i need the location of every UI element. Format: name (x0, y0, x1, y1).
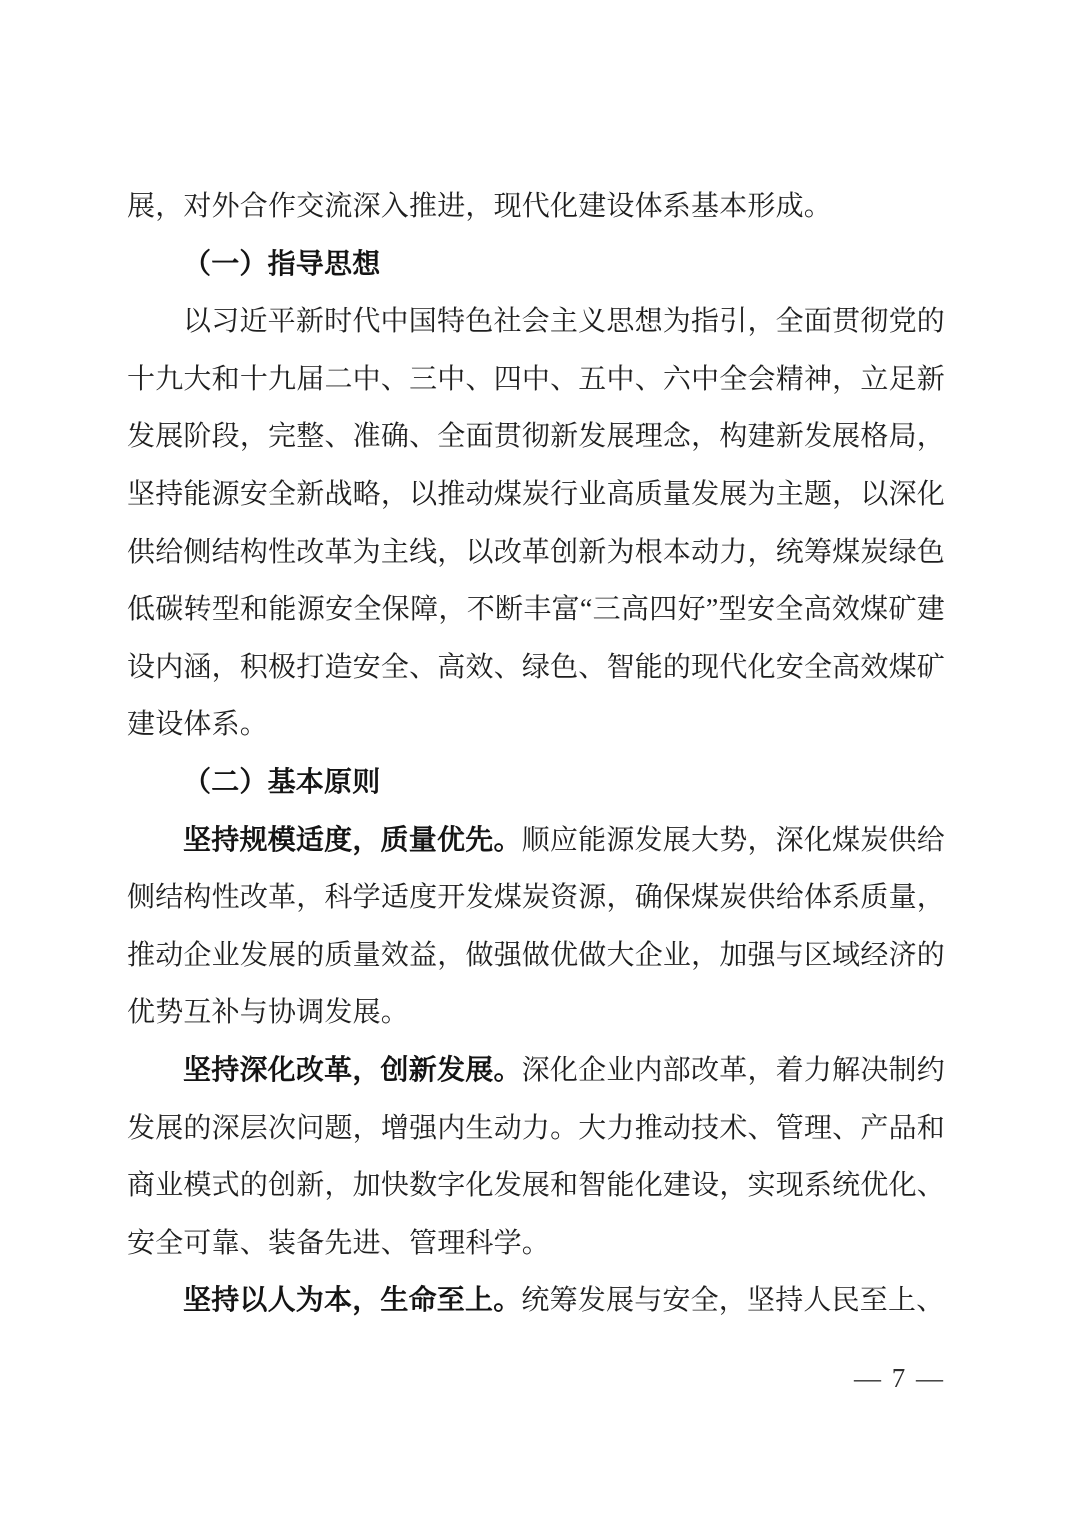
paragraph: 坚持规模适度，质量优先。顺应能源发展大势，深化煤炭供给侧结构性改革，科学适度开发… (127, 812, 945, 1042)
document-page: 展，对外合作交流深入推进，现代化建设体系基本形成。（一）指导思想以习近平新时代中… (0, 0, 1080, 1527)
paragraph-lead: 坚持规模适度，质量优先。 (183, 825, 522, 856)
section-heading: （一）指导思想 (127, 236, 945, 294)
document-body: 展，对外合作交流深入推进，现代化建设体系基本形成。（一）指导思想以习近平新时代中… (127, 178, 945, 1330)
paragraph-lead: 坚持深化改革，创新发展。 (183, 1055, 522, 1086)
paragraph: 坚持深化改革，创新发展。深化企业内部改革，着力解决制约发展的深层次问题，增强内生… (127, 1042, 945, 1272)
section-heading: （二）基本原则 (127, 754, 945, 812)
paragraph: 坚持以人为本，生命至上。统筹发展与安全，坚持人民至上、 (127, 1272, 945, 1330)
paragraph: 以习近平新时代中国特色社会主义思想为指引，全面贯彻党的十九大和十九届二中、三中、… (127, 293, 945, 754)
paragraph-lead: 坚持以人为本，生命至上。 (183, 1285, 521, 1316)
paragraph: 展，对外合作交流深入推进，现代化建设体系基本形成。 (127, 178, 945, 236)
page-number: — 7 — (854, 1363, 945, 1394)
